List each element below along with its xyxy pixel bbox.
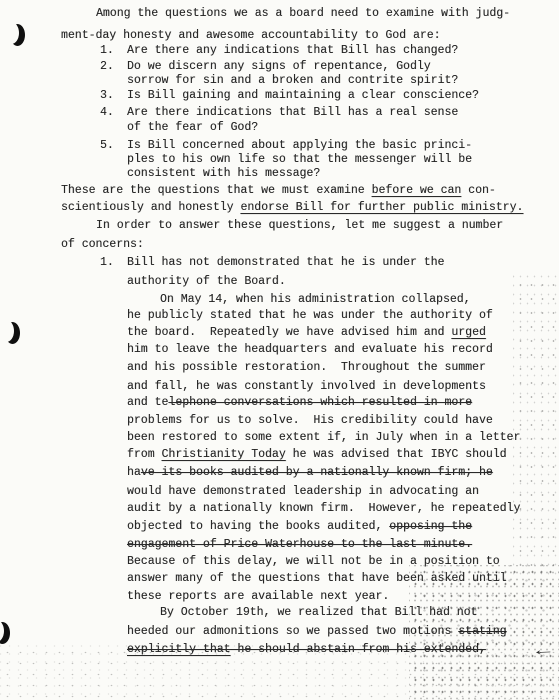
text-segment: ha (127, 466, 141, 479)
document-page: Among the questions we as a board need t… (0, 0, 559, 700)
list-number: 2. (100, 60, 114, 74)
text-segment: objected to having the books audited, (127, 520, 389, 533)
text-segment: In order to answer these questions, let … (96, 219, 503, 232)
document-line: have its books audited by a nationally k… (0, 466, 559, 480)
struck-text: opposing the (389, 520, 472, 533)
text-segment: These are the questions that we must exa… (61, 184, 372, 197)
text-segment: and te (127, 396, 168, 409)
list-number: 1. (100, 256, 114, 270)
document-line: explicitly that he should abstain from h… (0, 643, 559, 657)
left-arrow-annotation-icon: ← (535, 642, 551, 660)
text-segment: been restored to some extent if, in July… (127, 431, 520, 444)
text-segment: Bill has not demonstrated that he is und… (127, 256, 444, 269)
text-segment: con- (461, 184, 496, 197)
document-line: he publicly stated that he was under the… (0, 309, 559, 323)
document-line: him to leave the headquarters and evalua… (0, 343, 559, 357)
document-line: scientiously and honestly endorse Bill f… (0, 201, 559, 215)
document-line: Among the questions we as a board need t… (0, 7, 559, 21)
document-line: On May 14, when his administration colla… (0, 293, 559, 307)
document-line: and his possible restoration. Throughout… (0, 361, 559, 375)
document-body: Among the questions we as a board need t… (0, 7, 559, 657)
list-number: 1. (100, 44, 114, 58)
document-line: and telephone conversations which result… (0, 396, 559, 410)
text-segment: By October 19th, we realized that Bill h… (160, 606, 477, 619)
document-line: engagement of Price Waterhouse to the la… (0, 538, 559, 552)
text-segment: Is Bill concerned about applying the bas… (127, 139, 472, 152)
document-line: audit by a nationally known firm. Howeve… (0, 502, 559, 516)
text-segment: he publicly stated that he was under the… (127, 309, 493, 322)
underlined-text: before we can (372, 184, 462, 197)
document-line: ment-day honesty and awesome accountabil… (0, 29, 559, 43)
struck-text: engagement of Price Waterhouse to the la… (127, 538, 472, 551)
text-segment: of the fear of God? (127, 121, 258, 134)
text-segment: Because of this delay, we will not be in… (127, 555, 500, 568)
document-line: By October 19th, we realized that Bill h… (0, 606, 559, 620)
text-segment: scientiously and honestly (61, 201, 240, 214)
document-line: problems for us to solve. His credibilit… (0, 414, 559, 428)
underlined-text: Christianity Today (162, 448, 286, 461)
document-line: 4.Are there indications that Bill has a … (0, 106, 559, 120)
document-line: the board. Repeatedly we have advised hi… (0, 326, 559, 340)
text-segment: consistent with his message? (127, 167, 320, 180)
document-line: of the fear of God? (0, 121, 559, 135)
struck-text: lephone conversations which resulted in … (168, 396, 472, 409)
document-line: These are the questions that we must exa… (0, 184, 559, 198)
text-segment: and his possible restoration. Throughout… (127, 361, 486, 374)
document-line: heeded our admonitions so we passed two … (0, 625, 559, 639)
text-segment: problems for us to solve. His credibilit… (127, 414, 493, 427)
document-line: 3.Is Bill gaining and maintaining a clea… (0, 89, 559, 103)
document-line: would have demonstrated leadership in ad… (0, 485, 559, 499)
struck-text: ve its books audited by a nationally kno… (141, 466, 493, 479)
document-line: 1.Are there any indications that Bill ha… (0, 44, 559, 58)
underlined-text: urged (451, 326, 486, 339)
list-number: 3. (100, 89, 114, 103)
list-number: 4. (100, 106, 114, 120)
document-line: from Christianity Today he was advised t… (0, 448, 559, 462)
text-segment: sorrow for sin and a broken and contrite… (127, 74, 458, 87)
document-line: In order to answer these questions, let … (0, 219, 559, 233)
text-segment: Is Bill gaining and maintaining a clear … (127, 89, 479, 102)
text-segment: answer many of the questions that have b… (127, 572, 507, 585)
text-segment: authority of the Board. (127, 275, 286, 288)
text-segment: Are there indications that Bill has a re… (127, 106, 458, 119)
text-segment: ment-day honesty and awesome accountabil… (61, 29, 441, 42)
document-line: ples to his own life so that the messeng… (0, 153, 559, 167)
text-segment: ples to his own life so that the messeng… (127, 153, 472, 166)
text-segment: Are there any indications that Bill has … (127, 44, 458, 57)
text-segment: from (127, 448, 162, 461)
text-segment: the board. Repeatedly we have advised hi… (127, 326, 451, 339)
document-line: these reports are available next year. (0, 590, 559, 604)
text-segment: of concerns: (61, 238, 144, 251)
text-segment: would have demonstrated leadership in ad… (127, 485, 479, 498)
text-segment: he was advised that IBYC should (286, 448, 507, 461)
list-number: 5. (100, 139, 114, 153)
document-line: and fall, he was constantly involved in … (0, 380, 559, 394)
document-line: of concerns: (0, 238, 559, 252)
struck-text: stating (458, 625, 506, 638)
document-line: 5.Is Bill concerned about applying the b… (0, 139, 559, 153)
document-line: been restored to some extent if, in July… (0, 431, 559, 445)
struck-text: he should abstain from his extended, (231, 643, 486, 656)
document-line: 1.Bill has not demonstrated that he is u… (0, 256, 559, 270)
document-line: answer many of the questions that have b… (0, 572, 559, 586)
text-segment: On May 14, when his administration colla… (160, 293, 471, 306)
text-segment: these reports are available next year. (127, 590, 389, 603)
text-segment: Among the questions we as a board need t… (96, 7, 510, 20)
text-segment: audit by a nationally known firm. Howeve… (127, 502, 520, 515)
text-segment: heeded our admonitions so we passed two … (127, 625, 458, 638)
text-segment: Do we discern any signs of repentance, G… (127, 60, 431, 73)
document-line: Because of this delay, we will not be in… (0, 555, 559, 569)
document-line: sorrow for sin and a broken and contrite… (0, 74, 559, 88)
document-line: 2.Do we discern any signs of repentance,… (0, 60, 559, 74)
document-line: consistent with his message? (0, 167, 559, 181)
text-segment: him to leave the headquarters and evalua… (127, 343, 493, 356)
text-segment: and fall, he was constantly involved in … (127, 380, 486, 393)
document-line: authority of the Board. (0, 275, 559, 289)
document-line: objected to having the books audited, op… (0, 520, 559, 534)
struck-underlined-text: explicitly that (127, 643, 231, 656)
underlined-text: endorse Bill for further public ministry… (240, 201, 523, 214)
